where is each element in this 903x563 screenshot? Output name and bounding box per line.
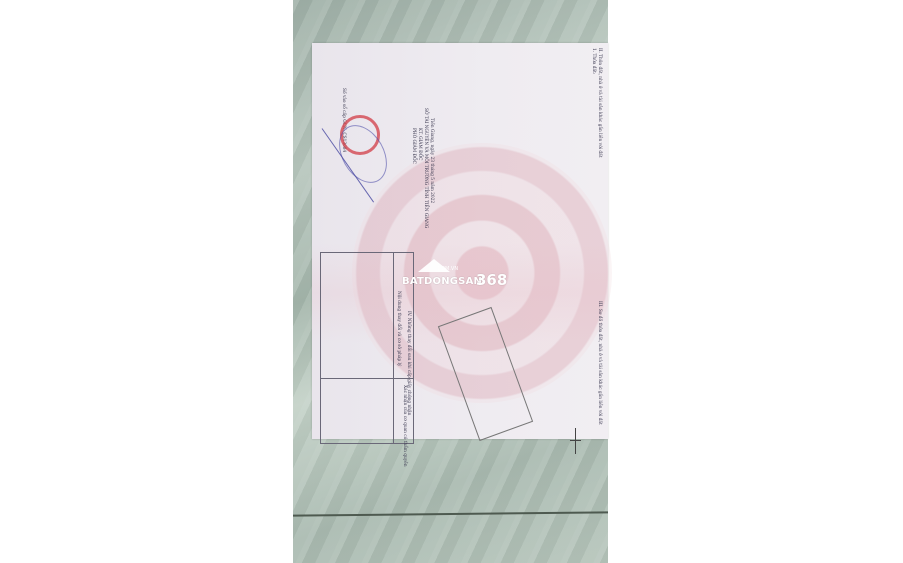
issuer-line-2: KT. GIÁM ĐỐC (417, 128, 423, 160)
north-arrow-icon (575, 428, 576, 454)
section-ii-sub: 1. Thửa đất: (591, 48, 597, 74)
section-ii-heading: II. Thửa đất, nhà ở và tài sản khác gắn … (597, 48, 603, 158)
issuer-line-3: PHÓ GIÁM ĐỐC (411, 128, 417, 164)
tile-seam (293, 511, 608, 516)
issuer-line-1: SỞ TÀI NGUYÊN VÀ MÔI TRƯỜNG TỈNH TIỀN GI… (423, 108, 429, 228)
section-iii-heading: III. Sơ đồ thửa đất, nhà ở và tài sản kh… (597, 301, 603, 425)
changes-table: IV. Những thay đổi sau khi cấp giấy chứn… (320, 252, 414, 444)
date-line: Tiền Giang, ngày 23 tháng 5 năm 2022 (429, 118, 435, 203)
watermark-brand: BATDONGSAN (402, 276, 482, 287)
section-iv-col2: Xác nhận của cơ quan có thẩm quyền (402, 385, 408, 467)
land-certificate-page: II. Thửa đất, nhà ở và tài sản khác gắn … (312, 43, 608, 439)
watermark-number: 368 (476, 271, 507, 289)
batdongsan-watermark: .COM.VN BATDONGSAN 368 (402, 256, 512, 296)
section-iv-col1: Nội dung thay đổi và cơ sở pháp lý (396, 291, 402, 366)
watermark-domain: .COM.VN (436, 266, 458, 272)
